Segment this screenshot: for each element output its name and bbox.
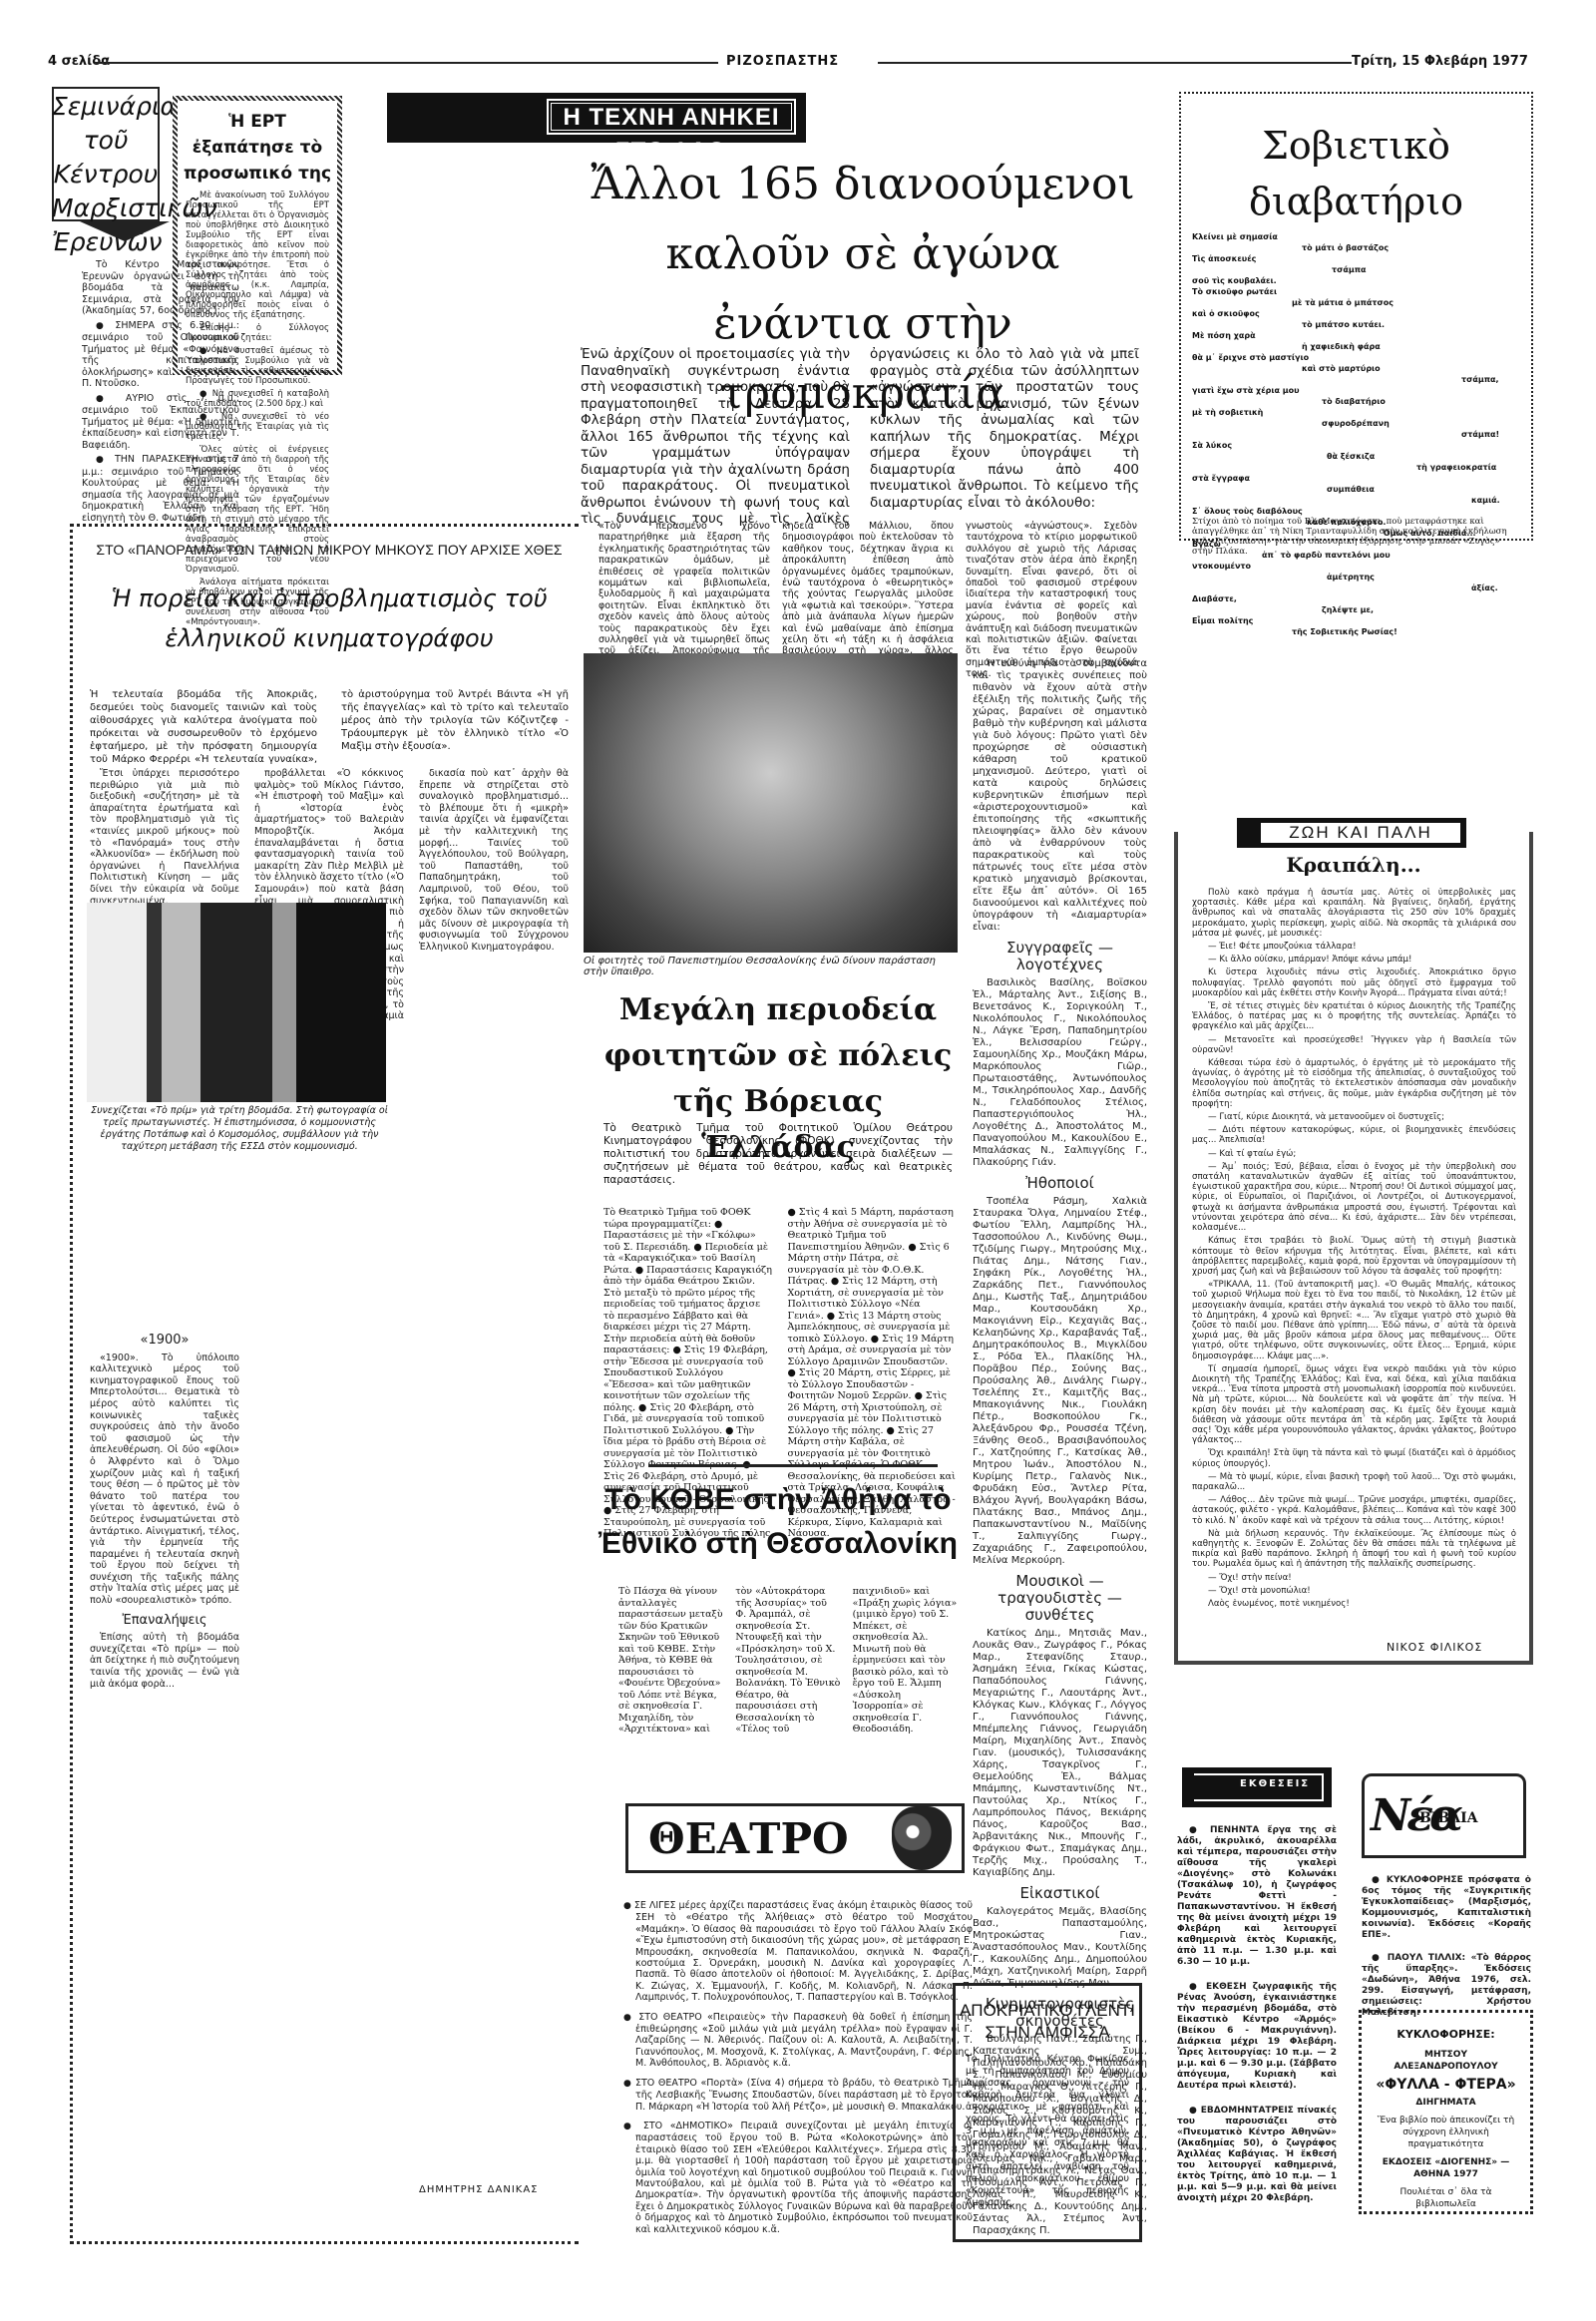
- panorama-paragraph: Ἐπίσης αὐτὴ τὴ βδομάδα συνεχίζεται «Τὸ π…: [90, 1632, 239, 1690]
- panorama-paragraph: Ἔτσι ὑπάρχει περισσότερο περιθώριο γιὰ μ…: [90, 768, 239, 907]
- theatre-item: ΣΕ ΛΙΓΕΣ μέρες ἀρχίζει παραστάσεις ἕνας …: [623, 1900, 973, 2004]
- poem-line: Τὸ σκιοῦφο ρωτάει: [1192, 286, 1521, 297]
- signers-group-heading: Μουσικοὶ — τραγουδιστὲς — συνθέτες: [973, 1573, 1147, 1624]
- advert-author: ΜΗΤΣΟΥ ΑΛΕΞΑΝΔΡΟΠΟΥΛΟΥ: [1362, 2049, 1530, 2073]
- poem-line: Μὲ πόση χαρὰ: [1192, 330, 1521, 341]
- column-paragraph: — Ἐιε! Φέτε μπουζούκια τάλλαρα!: [1192, 942, 1516, 952]
- theatre-listings: ΣΕ ΛΙΓΕΣ μέρες ἀρχίζει παραστάσεις ἕνας …: [623, 1900, 973, 2243]
- signers-names: Καλογεράτος Μεμᾶς, Βλασίδης Βασ., Παπαστ…: [973, 1906, 1147, 1990]
- header-rule: [878, 62, 1352, 64]
- panorama-column: δικασία ποὺ κατ᾽ ἀρχὴν θὰ ἔπρεπε νὰ στηρ…: [419, 768, 569, 956]
- poem-line: τὴ γραφειοκρατία: [1192, 462, 1521, 473]
- column-paragraph: «ΤΡΙΚΑΛΑ, 11. (Τοῦ ἀνταποκριτῆ μας). «Ὁ …: [1192, 1280, 1516, 1361]
- panorama-column: Ἔτσι ὑπάρχει περισσότερο περιθώριο γιὰ μ…: [90, 768, 239, 909]
- theatre-item: ΣΤΟ ΘΕΑΤΡΟ «Πορτὰ» (Σίνα 4) σήμερα τὸ βρ…: [623, 2078, 973, 2113]
- carnival-article: ΑΠΟΚΡΙΑΤΙΚΟ ΓΛΕΝΤΙ ΣΤΗΝ ΑΜΦΙΣΣΑ Τὸ Πολιτ…: [953, 1983, 1142, 2242]
- signers-names: Κατίκος Δημ., Μητσιᾶς Μαν., Λουκᾶς Θαν.,…: [973, 1628, 1147, 1879]
- theatre-mask-icon: [892, 1806, 952, 1870]
- poem-line: τῆς Σοβιετικῆς Ρωσίας!: [1192, 626, 1521, 637]
- column-banner-label: ΖΩΗ ΚΑΙ ΠΑΛΗ: [1261, 823, 1460, 843]
- column-paragraph: — Καὶ τί φταίω ἐγώ;: [1192, 1149, 1516, 1159]
- kthbe-headline: Τὸ ΚΘΒΕ στὴν Ἀθήνα τὸ Ἐθνικὸ στὴ Θεσσαλο…: [598, 1478, 958, 1566]
- poem-line: ἡ χαφιεδικὴ φάρα: [1192, 341, 1521, 352]
- poem-line: θὰ μ᾽ ἔριχνε στὸ μαστίγιο: [1192, 352, 1521, 363]
- poem-note: Στίχοι ἀπὸ τὸ ποίημα τοῦ Βλ. Μαγιακόφσκι…: [1192, 517, 1521, 557]
- book-advert: ΚΥΚΛΟΦΟΡΗΣΕ: ΜΗΤΣΟΥ ΑΛΕΞΑΝΔΡΟΠΟΥΛΟΥ «ΦΥΛ…: [1359, 2010, 1533, 2214]
- poem-line: μὲ τὰ μάτια ὁ μπάτσος: [1192, 297, 1521, 308]
- panorama-column: «1900» «1900». Τὸ ὑπόλοιπο καλλιτεχνικὸ …: [90, 1327, 239, 1692]
- students-photo: [584, 653, 958, 953]
- column-paragraph: Κάπως ἔτσι τραβάει τὸ βιολί. Ὅμως αὐτὴ τ…: [1192, 1236, 1516, 1277]
- poem-line: γιατὶ ἔχω στὰ χέρια μου: [1192, 385, 1521, 396]
- poem-line: Κλείνει μὲ σημασία: [1192, 231, 1521, 242]
- header-rule: [95, 62, 718, 64]
- column-paragraph: — Ὄχι! στὴν πείνα!: [1192, 1573, 1516, 1583]
- issue-date: Τρίτη, 15 Φλεβάρη 1977: [1352, 54, 1528, 69]
- students-photo-caption: Οἱ φοιτητὲς τοῦ Πανεπιστημίου Θεσσαλονίκ…: [584, 956, 958, 977]
- ert-paragraph: ● Νὰ συνεχισθεῖ τὸ νέο μισθολόγιο τῆς Ἑτ…: [186, 412, 329, 442]
- theatre-header: ΘΕΑΤΡΟ: [625, 1803, 965, 1873]
- exhibitions-label: ΕΚΘΕΣΕΙΣ: [1240, 1778, 1310, 1789]
- ert-paragraph: ● Νὰ συσταθεῖ ἀμέσως τὸ Ὑπηρεσιακὸ Συμβο…: [186, 346, 329, 386]
- advert-publisher: ΕΚΔΟΣΕΙΣ «ΔΙΟΓΕΝΗΣ» — ΑΘΗΝΑ 1977: [1362, 2156, 1530, 2180]
- books-list: ΚΥΚΛΟΦΟΡΗΣΕ πρόσφατα ὁ 6ος τόμος τῆς «Συ…: [1362, 1875, 1531, 2031]
- poem-line: Διαβάστε,: [1192, 593, 1521, 604]
- advert-heading: ΚΥΚΛΟΦΟΡΗΣΕ:: [1362, 2029, 1530, 2041]
- poem-line: θὰ ξέσκιζα: [1192, 451, 1521, 462]
- book-item: ΚΥΚΛΟΦΟΡΗΣΕ πρόσφατα ὁ 6ος τόμος τῆς «Συ…: [1362, 1875, 1531, 1941]
- column-paragraph: — Μὰ τὸ ψωμί, κύριε, εἶναι βασικὴ τροφὴ …: [1192, 1472, 1516, 1492]
- poem-line: καὶ στὸ μαρτύριο: [1192, 363, 1521, 374]
- carnival-headline: ΑΠΟΚΡΙΑΤΙΚΟ ΓΛΕΝΤΙ ΣΤΗΝ ΑΜΦΙΣΣΑ: [956, 2000, 1139, 2044]
- column-paragraph: Λαὸς ἑνωμένος, ποτὲ νικημένος!: [1192, 1599, 1516, 1609]
- books-label: ΒΙΒΛΙΑ: [1419, 1810, 1478, 1826]
- column-paragraph: — Λάθος... Δὲν τρῶνε πιὰ ψωμί... Τρῶνε μ…: [1192, 1495, 1516, 1526]
- column-paragraph: — Διότι πέφτουν κατακορύφως, κύριε, οἱ β…: [1192, 1125, 1516, 1145]
- ert-paragraph: ● Νὰ συνεχισθεῖ ἡ καταβολὴ τοῦ ἐπιδόματο…: [186, 389, 329, 409]
- panorama-subheading: «1900»: [90, 1335, 239, 1347]
- theatre-item: ΣΤΟ «ΔΗΜΟΤΙΚΟ» Πειραιᾶ συνεχίζονται μὲ μ…: [623, 2121, 973, 2235]
- column-paragraph: Κάθεσαι τώρα ἐσὺ ὁ ἀμαρτωλός, ὁ ἐργάτης …: [1192, 1058, 1516, 1109]
- column-paragraph: — Ὄχι! στὰ μονοπώλια!: [1192, 1586, 1516, 1596]
- signers-names: Τσοπέλα Ράσμη, Χαλκιὰ Σταυρακα Ὄλγα, Λημ…: [973, 1196, 1147, 1567]
- signers-group-heading: Εἰκαστικοί: [973, 1885, 1147, 1902]
- poem-line: συμπάθεια: [1192, 484, 1521, 495]
- signers-group-heading: Ἠθοποιοί: [973, 1175, 1147, 1192]
- poem-line: ντοκουμέντο: [1192, 561, 1521, 572]
- theatre-item: ΣΤΟ ΘΕΑΤΡΟ «Πειραιεὺς» τὴν Παρασκευὴ θὰ …: [623, 2012, 973, 2070]
- column-paragraph: — Γιατί, κύριε Διοικητά, νὰ μετανοοῦμεν …: [1192, 1112, 1516, 1122]
- main-lead: Ἐνῶ ἀρχίζουν οἱ προετοιμασίες γιὰ τὴν Πα…: [581, 346, 1139, 528]
- tour-intro: Τὸ Θεατρικὸ Τμῆμα τοῦ Φοιτητικοῦ Ὁμίλου …: [603, 1122, 953, 1187]
- column-paragraph: — Μετανοεῖτε καὶ προσεύχεσθε! Ἤγγικεν γὰ…: [1192, 1035, 1516, 1055]
- poem-line: τὸ διαβατήριο: [1192, 396, 1521, 407]
- panorama-headline: Ἡ πορεία καὶ ὁ προβληματισμὸς τοῦ ἑλληνι…: [90, 579, 569, 658]
- arrow-down-icon: [80, 221, 170, 241]
- exhibitions-list: ΠΕΝΗΝΤΑ ἔργα της σὲ λάδι, ἀκρυλικό, ἀκου…: [1177, 1825, 1337, 2218]
- panorama-paragraph: δικασία ποὺ κατ᾽ ἀρχὴν θὰ ἔπρεπε νὰ στηρ…: [419, 768, 569, 954]
- column-banner: ΖΩΗ ΚΑΙ ΠΑΛΗ: [1237, 818, 1466, 848]
- column-byline: ΝΙΚΟΣ ΦΙΛΙΚΟΣ: [1387, 1641, 1482, 1654]
- poem-title: Σοβιετικὸ διαβατήριο: [1179, 118, 1533, 229]
- poem-line: τσάμπα: [1192, 264, 1521, 275]
- divider: [648, 1464, 938, 1467]
- poem-line: τσάμπα,: [1192, 374, 1521, 385]
- poem-line: τὸ μάτι ὁ βαστάζος: [1192, 242, 1521, 253]
- advert-sold: Πουλιέται σ᾽ ὅλα τὰ βιβλιοπωλεῖα: [1362, 2180, 1530, 2216]
- poem-line: Εἶμαι πολίτης: [1192, 615, 1521, 626]
- carnival-body: Τὸ Πολιτιστικὸ Κέντρο Φωκίδας μὲ τὴ συμπ…: [956, 2054, 1139, 2209]
- signers-intro: Ἡ εὐθύνη γιὰ τὰ συμβαίνοντα καὶ τὶς τραγ…: [973, 658, 1147, 934]
- section-banner: Η ΤΕΧΝΗ ΑΝΗΚΕΙ ΣΤΟ ΛΑΟ: [387, 93, 806, 143]
- ert-paragraph: Μὲ ἀνακοίνωση τοῦ Συλλόγου Προσωπικοῦ τῆ…: [186, 191, 329, 320]
- column-paragraph: Ὄχι κραιπάλη! Στὰ ὕψη τὰ πάντα καὶ τὸ ψω…: [1192, 1448, 1516, 1468]
- panorama-paragraph: «1900». Τὸ ὑπόλοιπο καλλιτεχνικὸ μέρος τ…: [90, 1353, 239, 1607]
- signers-names: Βασιλικὸς Βασίλης, Βοϊσκου Ἐλ., Μάρταλης…: [973, 977, 1147, 1169]
- advert-blurb: Ἕνα βιβλίο ποὺ ἀπεικονίζει τὴ σύγχρονη ἑ…: [1362, 2109, 1530, 2156]
- column-paragraph: Πολὺ κακὸ πράγμα ἡ ἀσωτία μας. Αὐτὲς οἱ …: [1192, 888, 1516, 939]
- advert-genre: ΔΙΗΓΗΜΑΤΑ: [1362, 2097, 1530, 2109]
- newspaper-name: ΡΙΖΟΣΠΑΣΤΗΣ: [726, 54, 839, 69]
- exhibition-item: ΠΕΝΗΝΤΑ ἔργα της σὲ λάδι, ἀκρυλικό, ἀκου…: [1177, 1825, 1337, 1968]
- film-still-photo: [87, 903, 386, 1102]
- exhibition-item: ΕΚΘΕΣΗ ζωγραφικῆς τῆς Ρένας Ἀνούση, ἐγκα…: [1177, 1982, 1337, 2092]
- ert-paragraph: Ἐπίσης ὁ Σύλλογος Προσωπικοῦ ζητάει:: [186, 323, 329, 343]
- column-paragraph: Τί σημασία ἠμπορεῖ, ὅμως νάχει ἕνα νεκρὸ…: [1192, 1364, 1516, 1446]
- theatre-title: ΘΕΑΤΡΟ: [648, 1814, 849, 1863]
- panorama-kicker: ΣΤΟ «ΠΑΝΟΡΑΜΑ» ΤΩΝ ΤΑΙΝΙΩΝ ΜΙΚΡΟΥ ΜΗΚΟΥΣ…: [90, 542, 569, 558]
- ert-article: Ἡ ΕΡΤ ἐξαπάτησε τὸ προσωπικό της Μὲ ἀνακ…: [173, 96, 342, 375]
- ert-headline: Ἡ ΕΡΤ ἐξαπάτησε τὸ προσωπικό της: [178, 101, 337, 191]
- poem-line: καὶ ὁ σκιοῦφος: [1192, 308, 1521, 319]
- poem-line: Σὰ λύκος: [1192, 440, 1521, 451]
- column-body: Πολὺ κακὸ πράγμα ἡ ἀσωτία μας. Αὐτὲς οἱ …: [1192, 888, 1516, 1612]
- section-banner-label: Η ΤΕΧΝΗ ΑΝΗΚΕΙ ΣΤΟ ΛΑΟ: [547, 99, 796, 135]
- kthbe-article: Τὸ Πάσχα θὰ γίνουν ἀνταλλαγὲς παραστάσεω…: [618, 1586, 958, 1736]
- poem-line: τὸ μπάτσο κυτάει.: [1192, 319, 1521, 330]
- poem-line: Τὶς ἀποσκευές: [1192, 253, 1521, 264]
- poem-line: ἀξίας.: [1192, 582, 1521, 593]
- poem-line: σοῦ τὶς κουβαλάει.: [1192, 275, 1521, 286]
- column-paragraph: Νὰ μιὰ δήλωση κεραυνός. Τὴν ἐκλαϊκεύουμε…: [1192, 1529, 1516, 1570]
- poem-line: σφυροδρέπανη: [1192, 418, 1521, 429]
- column-paragraph: — Κι ἄλλο οὐίσκυ, μπάρμαν! Ἀπόψε κάνω μπ…: [1192, 955, 1516, 965]
- books-header: Νέα ΒΙΒΛΙΑ: [1362, 1773, 1526, 1858]
- poem-line: στὰ ἔγγραφα: [1192, 473, 1521, 484]
- poem-line: ζηλέψτε με,: [1192, 604, 1521, 615]
- column-title: Κραιπάλη...: [1174, 853, 1533, 877]
- poem-line: ἀμέτρητης: [1192, 572, 1521, 582]
- film-still-caption: Συνεχίζεται «Τὸ πρίμ» γιὰ τρίτη βδομάδα.…: [90, 1105, 389, 1153]
- poem-line: καμιά.: [1192, 495, 1521, 506]
- panorama-subheading: Ἐπαναλήψεις: [90, 1615, 239, 1627]
- exhibition-item: ΕΒΔΟΜΗΝΤΑΤΡΕΙΣ πίνακές του παρουσιάζει σ…: [1177, 2106, 1337, 2204]
- column-paragraph: Ἔ, σὲ τέτιες στιγμὲς δὲν κρατιέται ὁ κύρ…: [1192, 1001, 1516, 1032]
- column-paragraph: Κι ὕστερα λιχουδιὲς πάνω στὶς λιχουδιές.…: [1192, 967, 1516, 998]
- poem-line: μὲ τὴ σοβιετικὴ: [1192, 407, 1521, 418]
- poem-line: στάμπα!: [1192, 429, 1521, 440]
- column-paragraph: — Ἀμ᾽ ποιός; Ἐσύ, βέβαια, εἶσαι ὁ ἔνοχος…: [1192, 1162, 1516, 1233]
- panorama-lead: Ἡ τελευταία βδομάδα τῆς Ἀποκριᾶς, δεσμεύ…: [90, 688, 569, 766]
- poem-body: Κλείνει μὲ σημασίατὸ μάτι ὁ βαστάζοςΤὶς …: [1192, 231, 1521, 637]
- panorama-byline: ΔΗΜΗΤΡΗΣ ΔΑΝΙΚΑΣ: [419, 2184, 539, 2196]
- exhibitions-header: ΕΚΘΕΣΕΙΣ: [1182, 1767, 1332, 1807]
- signers-group-heading: Συγγραφεῖς — λογοτέχνες: [973, 940, 1147, 973]
- advert-title: «ΦΥΛΛΑ - ΦΤΕΡΑ»: [1362, 2079, 1530, 2091]
- poem-line: Σ᾽ ὅλους τοὺς διαβόλους: [1192, 506, 1521, 517]
